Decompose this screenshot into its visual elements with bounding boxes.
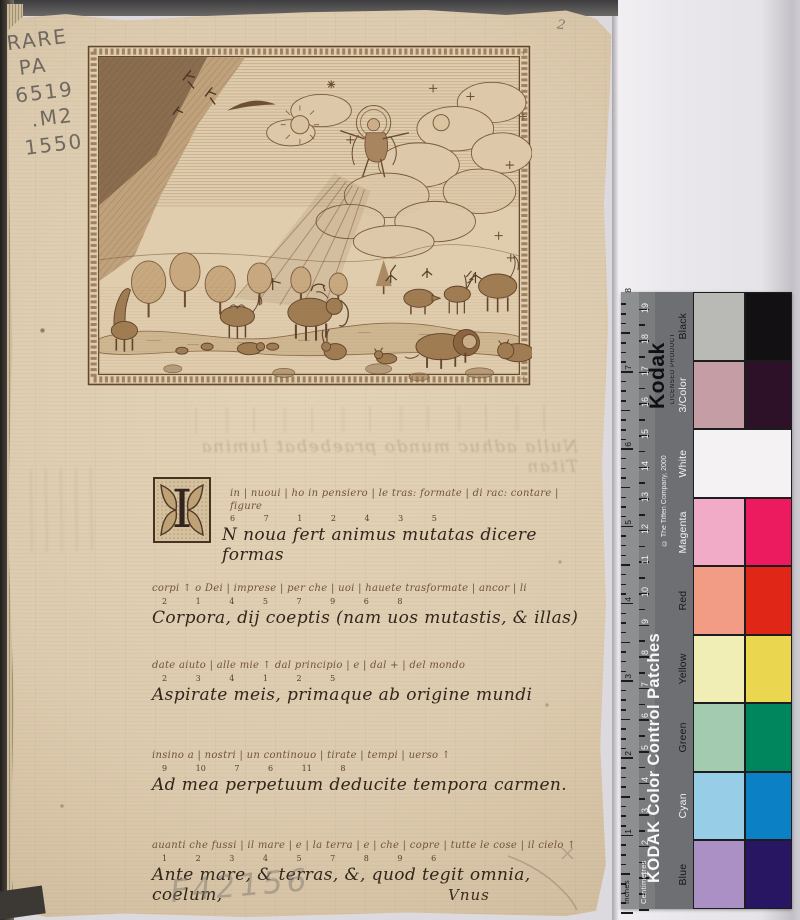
inch-tick xyxy=(621,564,630,566)
inch-tick xyxy=(621,303,626,305)
patch-yellow-tint xyxy=(693,635,745,704)
inch-number: 1 xyxy=(624,829,633,834)
inch-tick xyxy=(621,767,626,769)
cm-tick xyxy=(639,482,645,484)
inch-tick xyxy=(621,323,626,325)
inch-tick xyxy=(621,699,626,701)
latin-verse-line: N noua fert animus mutatas dicere formas xyxy=(222,525,588,566)
inch-tick xyxy=(621,622,626,624)
inch-tick xyxy=(621,574,626,576)
patch-3-color-tint xyxy=(693,361,745,430)
patch-magenta-solid xyxy=(745,498,792,567)
cm-number: 14 xyxy=(641,461,650,471)
construe-numbers: 2 1 4 5 7 9 6 8 xyxy=(162,597,588,606)
inch-tick xyxy=(621,332,630,334)
patch-label-black: Black xyxy=(673,292,693,361)
cm-tick xyxy=(639,546,645,548)
inch-tick xyxy=(621,661,626,663)
inch-tick xyxy=(621,439,626,441)
inch-tick xyxy=(621,458,626,460)
cm-tick xyxy=(639,419,645,421)
verse-1: in | nuoui | ho in pensiero | le tras: f… xyxy=(152,488,588,566)
inch-number: 3 xyxy=(624,674,633,679)
patch-rows xyxy=(693,292,792,909)
cm-number: 13 xyxy=(641,492,650,502)
copyright-label: © The Tiffen Company, 2000 xyxy=(661,442,668,546)
patch-green-solid xyxy=(745,703,792,772)
patch-row-cyan xyxy=(693,772,792,841)
inch-tick xyxy=(621,419,626,421)
patch-white xyxy=(693,429,792,498)
patch-cyan-solid xyxy=(745,772,792,841)
inch-tick xyxy=(621,825,626,827)
patch-label-red: Red xyxy=(673,566,693,635)
inch-tick xyxy=(621,815,626,817)
patch-label-cyan: Cyan xyxy=(673,772,693,841)
patch-row-red xyxy=(693,566,792,635)
inch-tick xyxy=(621,854,626,856)
inch-tick xyxy=(621,786,626,788)
patch-cyan-tint xyxy=(693,772,745,841)
inch-tick xyxy=(621,719,630,721)
patch-label-3-color: 3/Color xyxy=(673,361,693,430)
cm-tick xyxy=(639,514,645,516)
inch-tick xyxy=(621,690,626,692)
patch-row-black xyxy=(693,292,792,361)
patch-label-white: White xyxy=(673,429,693,498)
kodak-color-target: 1234567812345678910111213141516171819 Ko… xyxy=(621,292,792,909)
inch-tick xyxy=(621,593,626,595)
margin-showthrough xyxy=(17,467,102,554)
inch-tick xyxy=(621,671,626,673)
patch-row-3-color xyxy=(693,361,792,430)
inch-tick xyxy=(621,632,626,634)
patch-3-color-solid xyxy=(745,361,792,430)
moon-icon xyxy=(433,115,449,131)
inches-label: Inches xyxy=(622,862,631,904)
patch-label-green: Green xyxy=(673,703,693,772)
inch-tick xyxy=(621,777,626,779)
inch-tick xyxy=(621,545,626,547)
inch-tick xyxy=(621,835,633,837)
interlinear-gloss: insino a | nostri | un continouo | tirat… xyxy=(152,750,588,763)
cm-tick xyxy=(639,388,645,390)
inch-tick xyxy=(621,738,626,740)
inch-tick xyxy=(621,555,626,557)
cm-tick xyxy=(639,909,649,911)
inch-tick xyxy=(621,651,626,653)
inch-tick xyxy=(621,757,633,759)
inch-tick xyxy=(621,342,626,344)
centimetres-label: Centimetres xyxy=(639,836,648,904)
inch-number: 2 xyxy=(624,751,633,756)
inch-number: 6 xyxy=(624,442,633,447)
inch-tick xyxy=(621,468,626,470)
patch-red-tint xyxy=(693,566,745,635)
inch-tick xyxy=(621,642,630,644)
construe-numbers: 9 10 7 6 11 8 xyxy=(162,764,588,773)
inch-tick xyxy=(621,497,626,499)
inch-tick xyxy=(621,535,626,537)
inch-tick xyxy=(621,477,626,479)
inch-tick xyxy=(621,584,626,586)
showthrough-gloss-marks xyxy=(195,405,565,434)
kodak-logo: Kodak xyxy=(646,297,670,409)
interlinear-gloss: in | nuoui | ho in pensiero | le tras: f… xyxy=(230,488,588,513)
inch-tick xyxy=(621,844,626,846)
inch-tick xyxy=(621,313,626,315)
inch-number: 4 xyxy=(624,597,633,602)
target-title: KODAK Color Control Patches xyxy=(645,549,664,883)
interlinear-gloss: date aiuto | alle mie ↑ dal principio | … xyxy=(152,660,588,673)
inch-tick xyxy=(621,487,630,489)
patch-row-blue xyxy=(693,840,792,909)
patch-blue-tint xyxy=(693,840,745,909)
inch-tick xyxy=(621,526,633,528)
inch-tick xyxy=(621,448,633,450)
cm-number: 15 xyxy=(641,429,650,439)
inch-tick xyxy=(621,390,626,392)
patch-row-green xyxy=(693,703,792,772)
inch-number: 5 xyxy=(624,520,633,525)
inch-tick xyxy=(621,603,633,605)
patch-yellow-solid xyxy=(745,635,792,704)
inch-tick xyxy=(621,516,626,518)
latin-verse-line: Ad mea perpetuum deducite tempora carmen… xyxy=(152,775,588,795)
inch-tick xyxy=(621,400,626,402)
patch-black-solid xyxy=(745,292,792,361)
inch-tick xyxy=(621,748,626,750)
verse-2: corpi ↑ o Dei | imprese | per che | uoi … xyxy=(152,583,588,628)
inch-tick xyxy=(621,371,633,373)
patch-blue-solid xyxy=(745,840,792,909)
showthrough-verse-line: Nulla adhuc mundo praebebat lumina Titan xyxy=(186,437,578,477)
construe-numbers: 1 2 3 4 5 7 8 9 6 xyxy=(162,854,588,863)
inch-tick xyxy=(621,912,633,914)
inch-tick xyxy=(621,796,630,798)
patch-label-yellow: Yellow xyxy=(673,635,693,704)
patch-label-blue: Blue xyxy=(673,840,693,909)
inch-number: 8 xyxy=(624,288,633,293)
construe-numbers: 6 7 1 2 4 3 5 xyxy=(230,514,588,523)
inch-tick xyxy=(621,506,626,508)
inch-tick xyxy=(621,806,626,808)
inch-tick xyxy=(621,352,626,354)
latin-verse-line: Aspirate meis, primaque ab origine mundi xyxy=(152,685,588,705)
inch-tick xyxy=(621,361,626,363)
patch-green-tint xyxy=(693,703,745,772)
catchword: Vnus xyxy=(448,886,490,904)
cm-tick xyxy=(639,324,645,326)
inch-tick xyxy=(621,680,633,682)
patch-red-solid xyxy=(745,566,792,635)
patch-label-magenta: Magenta xyxy=(673,498,693,567)
construe-numbers: 2 3 4 1 2 5 xyxy=(162,674,588,683)
interlinear-gloss: corpi ↑ o Dei | imprese | per che | uoi … xyxy=(152,583,588,596)
cm-tick xyxy=(639,356,645,358)
inch-tick xyxy=(621,613,626,615)
inch-number: 7 xyxy=(624,365,633,370)
interlinear-gloss: auanti che fussi | il mare | e | la terr… xyxy=(152,840,588,853)
patch-black-tint xyxy=(693,292,745,361)
inch-tick xyxy=(621,709,626,711)
latin-verse-line: Corpora, dij coeptis (nam uos mutastis, … xyxy=(152,608,588,628)
engraving-illustration xyxy=(86,44,532,387)
patch-magenta-tint xyxy=(693,498,745,567)
verse-3: date aiuto | alle mie ↑ dal principio | … xyxy=(152,660,588,705)
inch-tick xyxy=(621,410,630,412)
inch-tick xyxy=(621,728,626,730)
cm-tick xyxy=(639,451,645,453)
cm-number: 12 xyxy=(641,524,650,534)
verse-4: insino a | nostri | un continouo | tirat… xyxy=(152,750,588,795)
inch-tick xyxy=(621,429,626,431)
patch-row-white xyxy=(693,429,792,498)
patch-row-magenta xyxy=(693,498,792,567)
inch-tick xyxy=(621,381,626,383)
patch-row-yellow xyxy=(693,635,792,704)
